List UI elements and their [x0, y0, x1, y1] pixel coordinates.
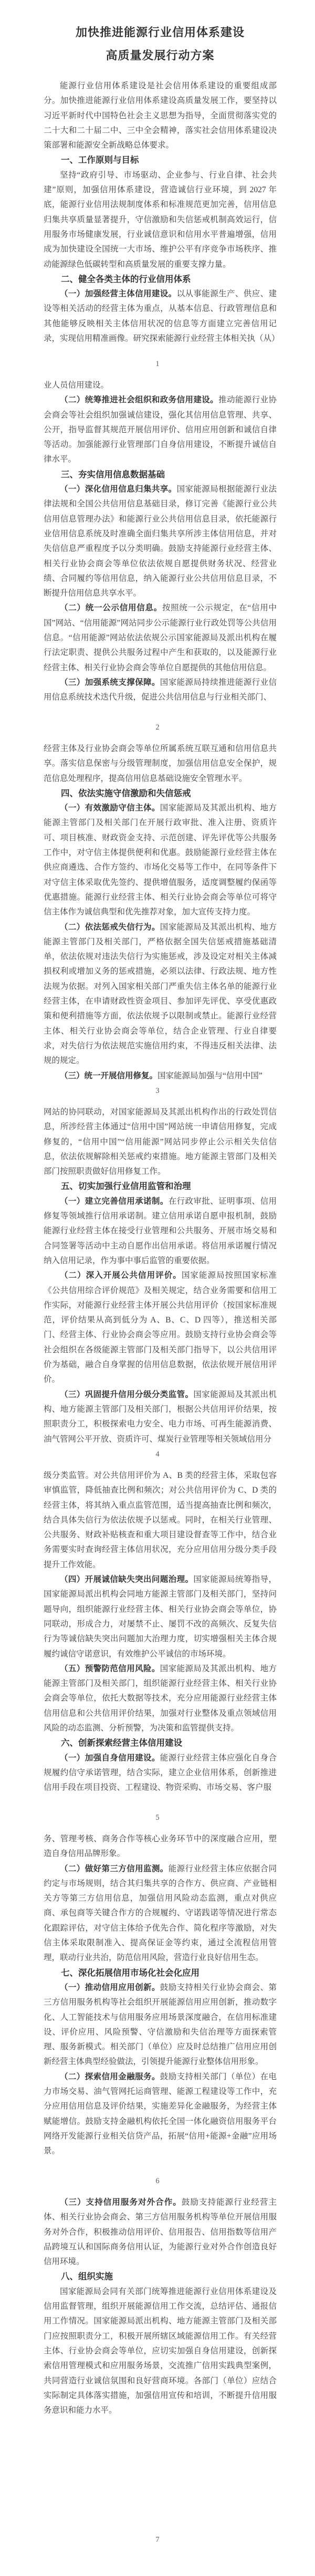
- paragraph-lead: （三）巩固提升信用分级分类监管。: [60, 1390, 193, 1399]
- page-6: 务、管理考核、商务合作等核心业务环节中的深度融合应用，塑造自身信用品牌形象。（二…: [0, 1817, 315, 2181]
- paragraph: （一）有效激励守信主体。国家能源局及其派出机构、地方能源主管部门及相关部门在开展…: [44, 801, 277, 920]
- paragraph: （一）推动信用应用创新。鼓励支持相关行业协会商会、第三方信用服务机构等社会组织开…: [44, 1980, 277, 2070]
- paragraph: （二）做好第三方信用监测。能源行业经营主体应依据合同约定与市场规则，结合其归集共…: [44, 1862, 277, 1966]
- document-title-line: 高质量发展行动方案: [44, 44, 277, 67]
- page-5: 级分类监管。对公共信用评价为 A、B 类的经营主体，采取包容审慎监管，降低抽查比…: [0, 1454, 315, 1817]
- section-heading: 四、依法实施守信激励和失信惩戒: [44, 786, 277, 801]
- paragraph-lead: （二）统一公示信用信息。: [60, 603, 162, 612]
- paragraph-lead: （二）探索信用金融服务。: [60, 2072, 160, 2081]
- paragraph-continuation: 务、管理考核、商务合作等核心业务环节中的深度融合应用，塑造自身信用品牌形象。: [44, 1832, 277, 1862]
- paragraph-lead: （一）有效激励守信主体。: [60, 804, 160, 812]
- paragraph-lead: （二）统筹推进社会组织和政务信用建设。: [60, 395, 218, 404]
- paragraph: （一）深化信用信息归集共享。国家能源局根据能源行业法律法规和全国公共信用信息基础…: [44, 482, 277, 601]
- section-heading: 三、夯实信用信息数据基础: [44, 467, 277, 482]
- paragraph-lead: （一）加强经营主体信用建设。: [60, 289, 177, 298]
- paragraph-lead: （三）统一开展信用修复。: [60, 1071, 157, 1080]
- paragraph: （四）开展诚信缺失突出问题治理。国家能源局统筹指导，国家能源局派出机构会同地方能…: [44, 1572, 277, 1662]
- paragraph: （三）统一开展信用修复。国家能源局加强与“信用中国”: [44, 1069, 277, 1083]
- page-3: 经营主体及行业协会商会等单位所属系统互联互通和信用信息共享。落实信息保密与分级管…: [0, 727, 315, 1090]
- paragraph-lead: （五）预警防范信用风险。: [60, 1664, 160, 1673]
- paragraph: （三）巩固提升信用分级分类监管。国家能源局及其派出机构、地方能源主管部门及相关部…: [44, 1388, 277, 1447]
- page-number: 2: [0, 723, 315, 732]
- paragraph: （三）加强系统支撑保障。国家能源局持续推进能源行业信用信息系统技术迭代升级，促进…: [44, 675, 277, 705]
- page-1: 加快推进能源行业信用体系建设高质量发展行动方案能源行业信用体系建设是社会信用体系…: [0, 0, 315, 363]
- paragraph: （二）深入开展公共信用评价。国家能源局按照国家标准《公共信用综合评价规范》及相关…: [44, 1268, 277, 1387]
- paragraph-lead: （四）开展诚信缺失突出问题治理。: [60, 1575, 193, 1584]
- paragraph-lead: （三）支持信用服务对外合作。: [60, 2198, 182, 2207]
- document: 加快推进能源行业信用体系建设高质量发展行动方案能源行业信用体系建设是社会信用体系…: [0, 0, 315, 2576]
- page-number: 3: [0, 1087, 315, 1096]
- paragraph-lead: （一）推动信用应用创新。: [60, 1983, 160, 1992]
- paragraph: （五）预警防范信用风险。国家能源局及其派出机构、地方能源主管部门及相关部门，组织…: [44, 1662, 277, 1736]
- paragraph: （一）加强经营主体信用建设。以从事能源生产、供应、建设等相关活动的经营主体为重点…: [44, 287, 277, 346]
- paragraph-continuation: 级分类监管。对公共信用评价为 A、B 类的经营主体，采取包容审慎监管，降低抽查比…: [44, 1468, 277, 1572]
- document-title-line: 加快推进能源行业信用体系建设: [44, 21, 277, 44]
- page-7: （三）支持信用服务对外合作。鼓励支持能源行业经营主体、相关行业协会商会、第三方信…: [0, 2181, 315, 2576]
- page-number: 1: [0, 360, 315, 369]
- paragraph: 坚持“政府引导、市场驱动、企业参与、行业自律、社会共建”原则，加强信用体系建设，…: [44, 168, 277, 272]
- section-heading: 八、组织实施: [44, 2269, 277, 2284]
- paragraph-continuation: 网站的协同联动，对国家能源局及其派出机构作出的行政处罚信息，所涉经营主体通过“信…: [44, 1105, 277, 1179]
- paragraph: （一）加强自身信用建设。能源行业经营主体应强化自身合规履约信守承诺管理，结合实际…: [44, 1751, 277, 1796]
- section-heading: 五、切实加强行业信用监管和治理: [44, 1179, 277, 1194]
- paragraph: （二）统一公示信用信息。按照统一公示规定，在“信用中国”网站、“信用能源”网站同…: [44, 601, 277, 675]
- page-number: 6: [0, 2177, 315, 2186]
- paragraph: （二）依法惩戒失信行为。国家能源局及其派出机构、地方能源主管部门及相关部门，严格…: [44, 920, 277, 1069]
- paragraph-lead: （二）依法惩戒失信行为。: [60, 923, 160, 932]
- section-heading: 七、深化拓展信用市场化社会化应用: [44, 1966, 277, 1980]
- paragraph: 能源行业信用体系建设是社会信用体系建设的重要组成部分。加快推进能源行业信用体系建…: [44, 79, 277, 153]
- paragraph-continuation: 业人员信用建设。: [44, 378, 277, 393]
- paragraph-lead: （一）加强自身信用建设。: [60, 1754, 160, 1762]
- paragraph-continuation: 经营主体及行业协会商会等单位所属系统互联互通和信用信息共享。落实信息保密与分级管…: [44, 742, 277, 786]
- page-2: 业人员信用建设。（二）统筹推进社会组织和政务信用建设。推动能源行业协会商会等社会…: [0, 363, 315, 727]
- paragraph-lead: （二）做好第三方信用监测。: [60, 1864, 169, 1873]
- paragraph-lead: （一）建立完善信用承诺制。: [60, 1197, 169, 1206]
- section-heading: 六、创新探索经营主体信用建设: [44, 1736, 277, 1750]
- section-heading: 二、健全各类主体的行业信用体系: [44, 272, 277, 287]
- paragraph: （二）统筹推进社会组织和政务信用建设。推动能源行业协会商会等社会组织加强诚信建设…: [44, 393, 277, 467]
- section-heading: 一、工作原则与目标: [44, 153, 277, 168]
- paragraph-lead: （三）加强系统支撑保障。: [60, 678, 160, 687]
- page-4: 网站的协同联动，对国家能源局及其派出机构作出的行政处罚信息，所涉经营主体通过“信…: [0, 1090, 315, 1454]
- paragraph-lead: （一）深化信用信息归集共享。: [60, 485, 177, 494]
- page-number: 5: [0, 1813, 315, 1822]
- page-number: 4: [0, 1450, 315, 1459]
- page-number: 7: [0, 2536, 315, 2544]
- paragraph: （一）建立完善信用承诺制。在行政审批、证明事项、信用修复等领域推行信用承诺制。建…: [44, 1194, 277, 1268]
- paragraph: 国家能源局会同有关部门统筹推进能源行业信用体系建设及信用监督管理，组织开展能源信…: [44, 2285, 277, 2418]
- paragraph-lead: （二）深入开展公共信用评价。: [60, 1271, 182, 1280]
- paragraph: （二）探索信用金融服务。鼓励支持相关部门（单位）在电力市场交易、油气管网托运商管…: [44, 2070, 277, 2159]
- paragraph: （三）支持信用服务对外合作。鼓励支持能源行业经营主体、相关行业协会商会、第三方信…: [44, 2195, 277, 2269]
